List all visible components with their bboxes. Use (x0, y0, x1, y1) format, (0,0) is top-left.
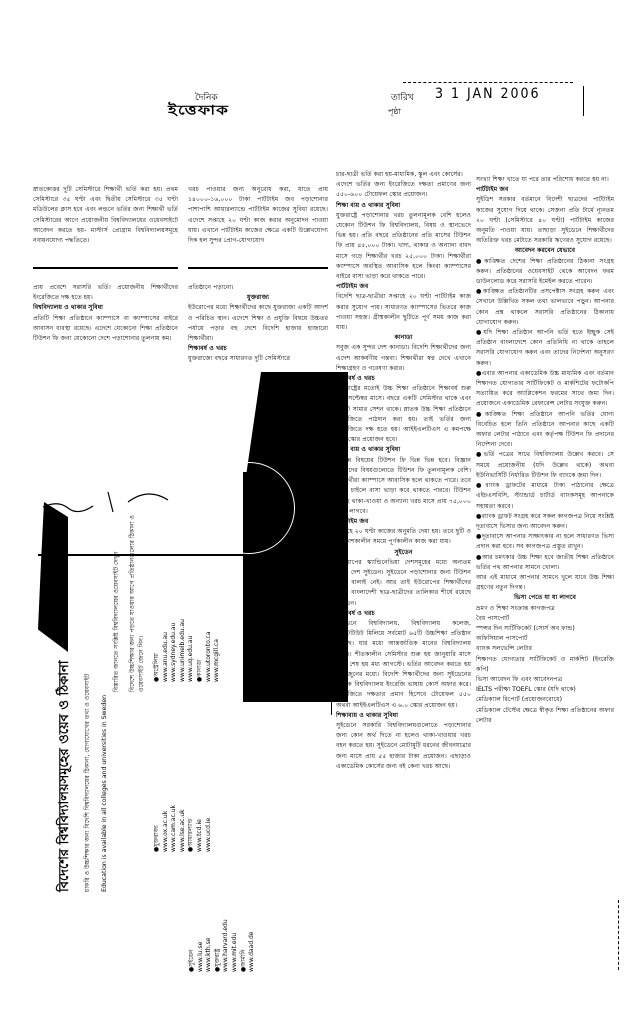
paragraph: আর এই মাধ্যমে আপনার সামনে খুলে যাবে উচ্চ… (476, 573, 614, 593)
ad-intro-3: বিস্তারিত জানতে সংশ্লিষ্ট বিশ্ববিদ্যালয়… (112, 551, 121, 692)
subheading: বিশ্ববিদ্যালয় ও থাকার সুবিধা (33, 303, 178, 313)
ad-photo (243, 372, 348, 702)
checklist-item: শিক্ষাগত যোগ্যতার সার্টিফিকেট ও মার্কশিট… (476, 655, 614, 675)
subheading: শিক্ষা ব্যয় ও থাকার সুবিধা (336, 201, 471, 211)
subheading: শিক্ষাবর্ষ ও খরচ (336, 609, 471, 619)
subheading: পার্টটাইম জব (336, 282, 471, 292)
column-2-top: খরচ পাওয়ার জন্য অনুরোধ করা, যাতে প্রায়… (188, 185, 328, 267)
paragraph: প্রতিটি শিক্ষা প্রতিষ্ঠানে ক্যাম্পাসে বা… (33, 314, 178, 345)
date-label: তারিখ (391, 90, 414, 105)
ad-headline: বিদেশের বিশ্ববিদ্যালয়সমূহের ওয়েব ও ঠিক… (60, 660, 71, 892)
scribble-mark (38, 482, 198, 522)
advertisement-rotated: বিদেশের বিশ্ববিদ্যালয়সমূহের ওয়েব ও ঠিক… (38, 372, 348, 972)
paragraph: যুক্তরাজ্যে বছরে সাধারণত দুটি সেমিস্টারে (188, 354, 328, 364)
bullet-item: দূতাবাসে আপনার সাক্ষাৎকার না হলে সাধারণত… (476, 532, 614, 552)
bullet-item: কাঙ্ক্ষিত প্রতিষ্ঠানটির প্রসপেক্টাস সংগ্… (476, 287, 614, 328)
checklist-item: বৈধ পাসপোর্ট (476, 614, 614, 624)
bullet-item: আর চমৎকার উচ্চ শিক্ষা হবে জাতীয় শিক্ষা … (476, 553, 614, 573)
column-divider (331, 395, 332, 715)
ad-dark-blot (38, 502, 68, 652)
bullet-item: ভর্তি পত্রের সাথে বিশ্ববিদ্যালয় উল্লেখ … (476, 450, 614, 481)
column-2-lower: প্রতিষ্ঠানে পড়ানো। যুক্তরাজ্য ইউরোপের ম… (188, 283, 328, 368)
date-value: 3 1 JAN 2006 (435, 86, 541, 102)
stamp-divider (583, 86, 584, 116)
subheading: পার্টটাইম জব (476, 185, 614, 195)
section-title: ভিসা পেতে যা যা লাগবে (476, 593, 614, 603)
subheading: শিক্ষাব্যয় ও থাকার সুবিধা (336, 711, 471, 721)
checklist-item: অফিসিয়াল পাসপোর্ট (476, 634, 614, 644)
paragraph: সুইডেনে বিশ্ববিদ্যালয়, বিশ্ববিদ্যালয় ক… (336, 619, 471, 711)
paragraph: প্রতিষ্ঠানে পড়ানো। (188, 283, 328, 293)
paragraph: বিদেশি ছাত্র-ছাত্রীরা সপ্তাহে ২০ ঘণ্টা প… (336, 292, 471, 333)
ad-group: সুইডেন www.lu.se www.kth.se যুক্তরাষ্ট্র… (188, 919, 257, 972)
bullet-item: কাঙ্ক্ষিত দেশের শিক্ষা প্রতিষ্ঠানের ঠিকা… (476, 257, 614, 288)
paragraph: সুইডিশ সরকার বর্তমানে বিদেশী ছাত্রদের পা… (476, 195, 614, 246)
paragraph: খরচ পাওয়ার জন্য অনুরোধ করা, যাতে প্রায়… (188, 185, 328, 246)
paragraph: সপ্তাহে ২০ ঘণ্টা কাজের অনুমতি দেয়া হয়।… (336, 527, 471, 547)
column-4: সংখ্যা শিক্ষা খাতে যা পরে তার পরিশোধ করত… (476, 175, 614, 970)
checklist-item: IELTS পরীক্ষা TOEFL স্কোর (যদি থাকে) (476, 685, 614, 695)
paragraph: যুক্তরাষ্ট্রের মতোই উচ্চ শিক্ষা প্রতিষ্ঠ… (336, 384, 471, 445)
checklist-item: ভিসা আবেদন ফি এবং আবেদনপত্র (476, 675, 614, 685)
paragraph: বিভিন্ন বিষয়ের টিউশন ফি ভিন্ন ভিন্ন হবে… (336, 456, 471, 517)
paragraph: সংখ্যা শিক্ষা খাতে যা পরে তার পরিশোধ করত… (476, 175, 614, 185)
subheading: শিক্ষা ব্যয় ও থাকার সুবিধা (336, 445, 471, 455)
subheading: শিক্ষাবর্ষ ও খরচ (188, 344, 328, 354)
stamp-top-line (403, 82, 573, 83)
divider (33, 267, 178, 269)
masthead-title: ইত্তেফাক (168, 100, 229, 122)
bullet-item: কাঙ্ক্ষিত শিক্ষা প্রতিষ্ঠানে আপনি ভর্তির… (476, 410, 614, 451)
paragraph: এদেশে ভর্তির জন্য ইংরেজিতে দক্ষতা প্রমাণ… (336, 180, 471, 200)
bullet-item: যদি শিক্ষা প্রতিষ্ঠান আপনি ভর্তি হতে ইচ্… (476, 328, 614, 369)
edge-mark (618, 900, 619, 970)
paragraph: যুক্তরাষ্ট্রে পড়াশোনার খরচ তুলনামূলক বে… (336, 211, 471, 282)
subheading: শিক্ষাবর্ষ ও খরচ (336, 374, 471, 384)
checklist-item: ব্যাংক সলভেন্সি লেটার (476, 644, 614, 654)
column-1-top: স্নাতকোত্তর দুটি সেমিস্টারে শিক্ষার্থী ভ… (33, 185, 178, 267)
section-title: কানাডা (336, 333, 471, 343)
paragraph: ইউরোপের স্ক্যান্ডিনেভিয়া দেশসমূহের মধ্য… (336, 558, 471, 609)
ad-group: যুক্তরাজ্য www.ox.ac.uk www.cam.ac.uk ww… (153, 805, 213, 852)
bullet-item: ব্যাংক ড্রাফটের মাধ্যমে টাকা পাঠানোর ক্ষ… (476, 481, 614, 512)
paragraph: সুইডেনে সরকারি বিশ্ববিদ্যালয়গুলোতে পড়া… (336, 721, 471, 772)
section-title: যুক্তরাজ্য (188, 293, 328, 303)
paragraph: চার-ছাত্রী ভর্তি করা হয়-মাধ্যমিক, স্কুল… (336, 170, 471, 180)
ad-intro-1: চাকরি ও উচ্চশিক্ষার জন্য বিদেশি বিশ্ববিদ… (83, 562, 92, 892)
ad-intro-2: Education is available in all colleges a… (100, 695, 109, 892)
column-3: চার-ছাত্রী ভর্তি করা হয়-মাধ্যমিক, স্কুল… (336, 170, 471, 1005)
column-1-lower: প্রায় প্রবেশে সরাসরি ভর্তি। প্রয়োজনীয়… (33, 283, 178, 365)
divider (188, 267, 328, 269)
date-stamp: তারিখ 3 1 JAN 2006 পৃষ্ঠা (383, 82, 598, 118)
ad-group: অস্ট্রেলিয়া www.anu.edu.au www.sydney.e… (153, 619, 222, 682)
photo-highlight (243, 372, 261, 472)
section-title: আবেদন করবেন যেভাবে (476, 246, 614, 256)
paragraph: ভ্রমণ ও শিক্ষা সংক্রান্ত কাগজপত্র (476, 604, 614, 614)
paragraph: স্নাতকোত্তর দুটি সেমিস্টারে শিক্ষার্থী ভ… (33, 185, 178, 246)
ad-top-note: বিদেশে উচ্চশিক্ষার জন্য পড়তে যাওয়ার আগ… (128, 502, 146, 692)
checklist-item: মেডিক্যাল টেস্টের ক্ষেত্রে স্বীকৃত শিক্ষ… (476, 706, 614, 726)
bullet-item: ব্যাংক ড্রাফট সংগ্রহ করে সকল কাগজপত্র নি… (476, 512, 614, 532)
section-title: সুইডেন (336, 548, 471, 558)
page-label: পৃষ্ঠা (388, 106, 401, 119)
paragraph: ইউরোপের মধ্যে শিক্ষার্থীদের কাছে যুক্তরা… (188, 303, 328, 344)
paragraph: সবুজ এক সুন্দর দেশ কানাডা। বিদেশি শিক্ষা… (336, 343, 471, 374)
bullet-item: এবার আপনার একাডেমিক উচ্চ মাধ্যমিক এবং বর… (476, 369, 614, 410)
paragraph: প্রায় প্রবেশে সরাসরি ভর্তি। প্রয়োজনীয়… (33, 283, 178, 303)
checklist-item: মেডিক্যাল রিপোর্ট (প্রয়োজনবোধে) (476, 695, 614, 705)
subheading: পার্টটাইম জব (336, 517, 471, 527)
checklist-item: স্পন্সর দিন সার্টিফিকেট (সোর্স অব ফান্ড) (476, 624, 614, 634)
photo-arc (203, 462, 295, 554)
